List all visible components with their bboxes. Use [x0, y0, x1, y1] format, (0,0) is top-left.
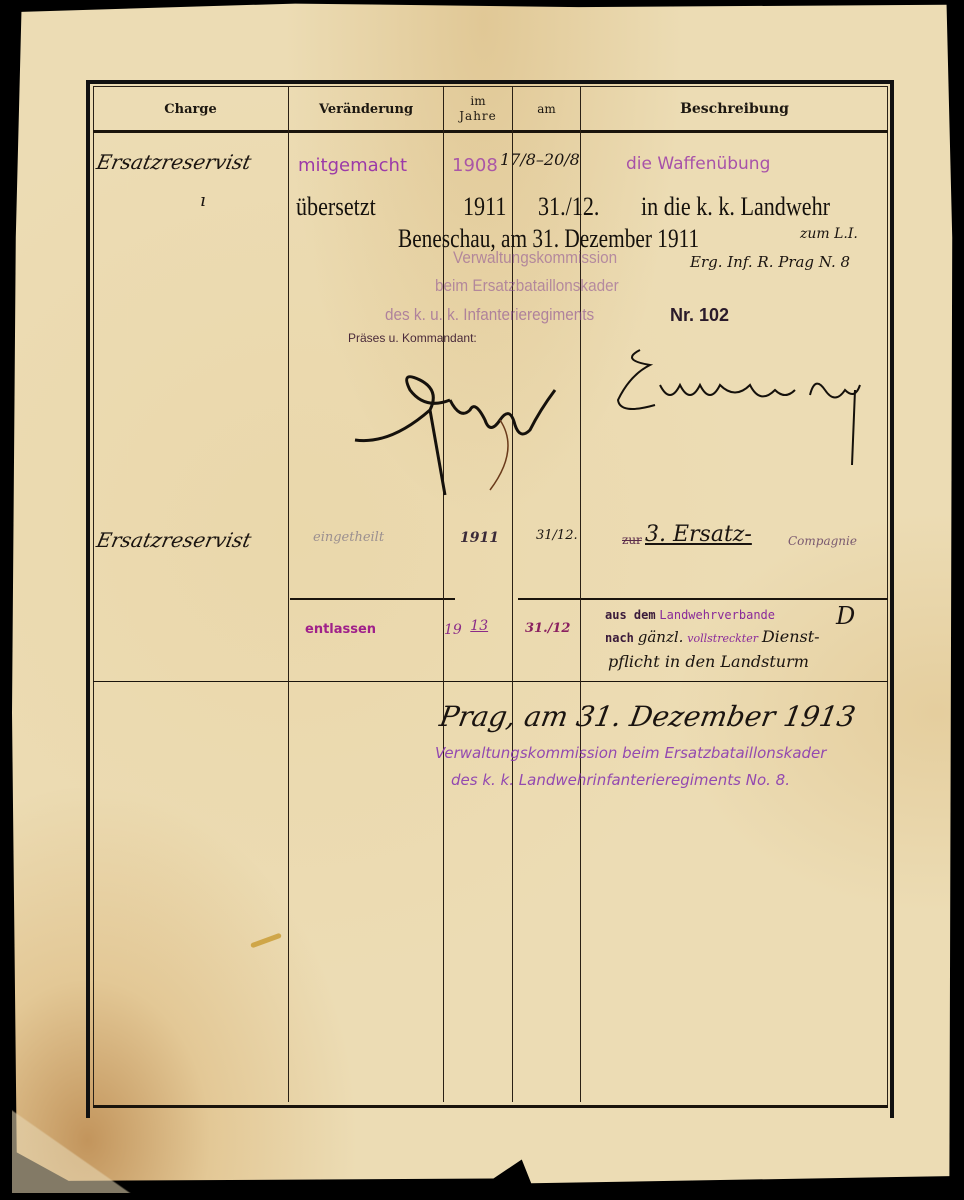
row3-line2-hand2: Dienst- [762, 627, 820, 646]
header-charge-label: Charge [164, 102, 216, 117]
row3-line3: pflicht in den Landsturm [608, 652, 809, 671]
row2-am: 31/12. [536, 528, 578, 543]
row1-charge-mark: ı [200, 190, 206, 211]
header-veraenderung-label: Veränderung [319, 102, 413, 117]
row1-stamp-regiment-number: Nr. 102 [670, 305, 729, 326]
row3-line1-hand: D [836, 602, 855, 630]
header-beschreibung: Beschreibung [581, 88, 888, 130]
row2-beschreibung-hand: 3. Ersatz- [645, 522, 752, 547]
signature-commander [350, 350, 570, 500]
row2-charge: Ersatzreservist [94, 528, 253, 552]
header-am-label: am [537, 102, 556, 117]
row1-charge: Ersatzreservist [94, 150, 253, 174]
signature-second [610, 345, 880, 475]
header-charge: Charge [93, 88, 288, 130]
row1-entry1-veraenderung: mitgemacht [298, 155, 407, 176]
row3-jahre: 19 13 [444, 618, 488, 638]
header-jahre-line1: im [470, 94, 485, 109]
row1-stamp-line3: des k. u. k. Infanterieregiments [385, 305, 594, 325]
row3-line2-hand: gänzl. [638, 628, 684, 646]
col-divider-1 [288, 86, 289, 1102]
footer-place-date: Prag, am 31. Dezember 1913 [437, 700, 858, 733]
row1-entry2-beschreibung: in die k. k. Landwehr [641, 192, 830, 222]
row3-line2-print: vollstreckter [687, 632, 758, 645]
row1-entry1-am: 17/8–20/8 [500, 150, 580, 169]
row1-entry2-am: 31./12. [538, 192, 599, 222]
row3-line1-print: Landwehrverbande [659, 608, 775, 622]
footer-stamp-line2: des k. k. Landwehrinfanterieregiments No… [451, 771, 790, 789]
header-beschreibung-label: Beschreibung [680, 102, 789, 117]
row2-jahre: 1911 [460, 530, 499, 546]
table-bottom-rule [93, 1105, 888, 1108]
row3-jahre-prefix: 19 [444, 622, 462, 638]
row1-entry1-beschreibung: die Waffenübung [626, 154, 770, 174]
header-jahre: im Jahre [444, 88, 512, 130]
row1-hand-note-2: Erg. Inf. R. Prag N. 8 [690, 253, 850, 271]
row2-beschreibung-suffix: Compagnie [788, 534, 857, 548]
row3-am: 31./12 [525, 621, 570, 636]
row3-line2-stamp: nach [605, 631, 634, 645]
row1-entry2-jahre: 1911 [463, 192, 506, 222]
row2-rule-right [518, 598, 888, 600]
row2-veraenderung: eingetheilt [313, 530, 384, 545]
row3-jahre-suffix: 13 [470, 618, 488, 634]
row1-signer-label: Präses u. Kommandant: [348, 331, 477, 345]
row3-bottom-rule [93, 681, 888, 682]
row1-hand-note-1: zum L.I. [800, 226, 858, 242]
row1-stamp-line1: Verwaltungskommission [453, 248, 617, 268]
header-bottom-rule [93, 130, 888, 133]
folded-corner [12, 1108, 182, 1193]
row3-line1: aus dem Landwehrverbande [605, 608, 775, 622]
row3-veraenderung: entlassen [305, 622, 376, 637]
header-veraenderung: Veränderung [289, 88, 443, 130]
footer-stamp-line1: Verwaltungskommission beim Ersatzbataill… [435, 744, 826, 762]
row3-line2: nach gänzl. vollstreckter Dienst- [605, 627, 820, 646]
row1-entry1-jahre: 1908 [452, 155, 498, 176]
header-jahre-line2: Jahre [459, 109, 497, 124]
header-am: am [513, 88, 580, 130]
row3-line1-stamp: aus dem [605, 608, 656, 622]
row1-entry2-veraenderung: übersetzt [296, 192, 376, 222]
row2-beschreibung-prefix: zur [622, 533, 642, 547]
row1-stamp-line2: beim Ersatzbataillonskader [435, 276, 619, 296]
row2-rule-left [290, 598, 455, 600]
